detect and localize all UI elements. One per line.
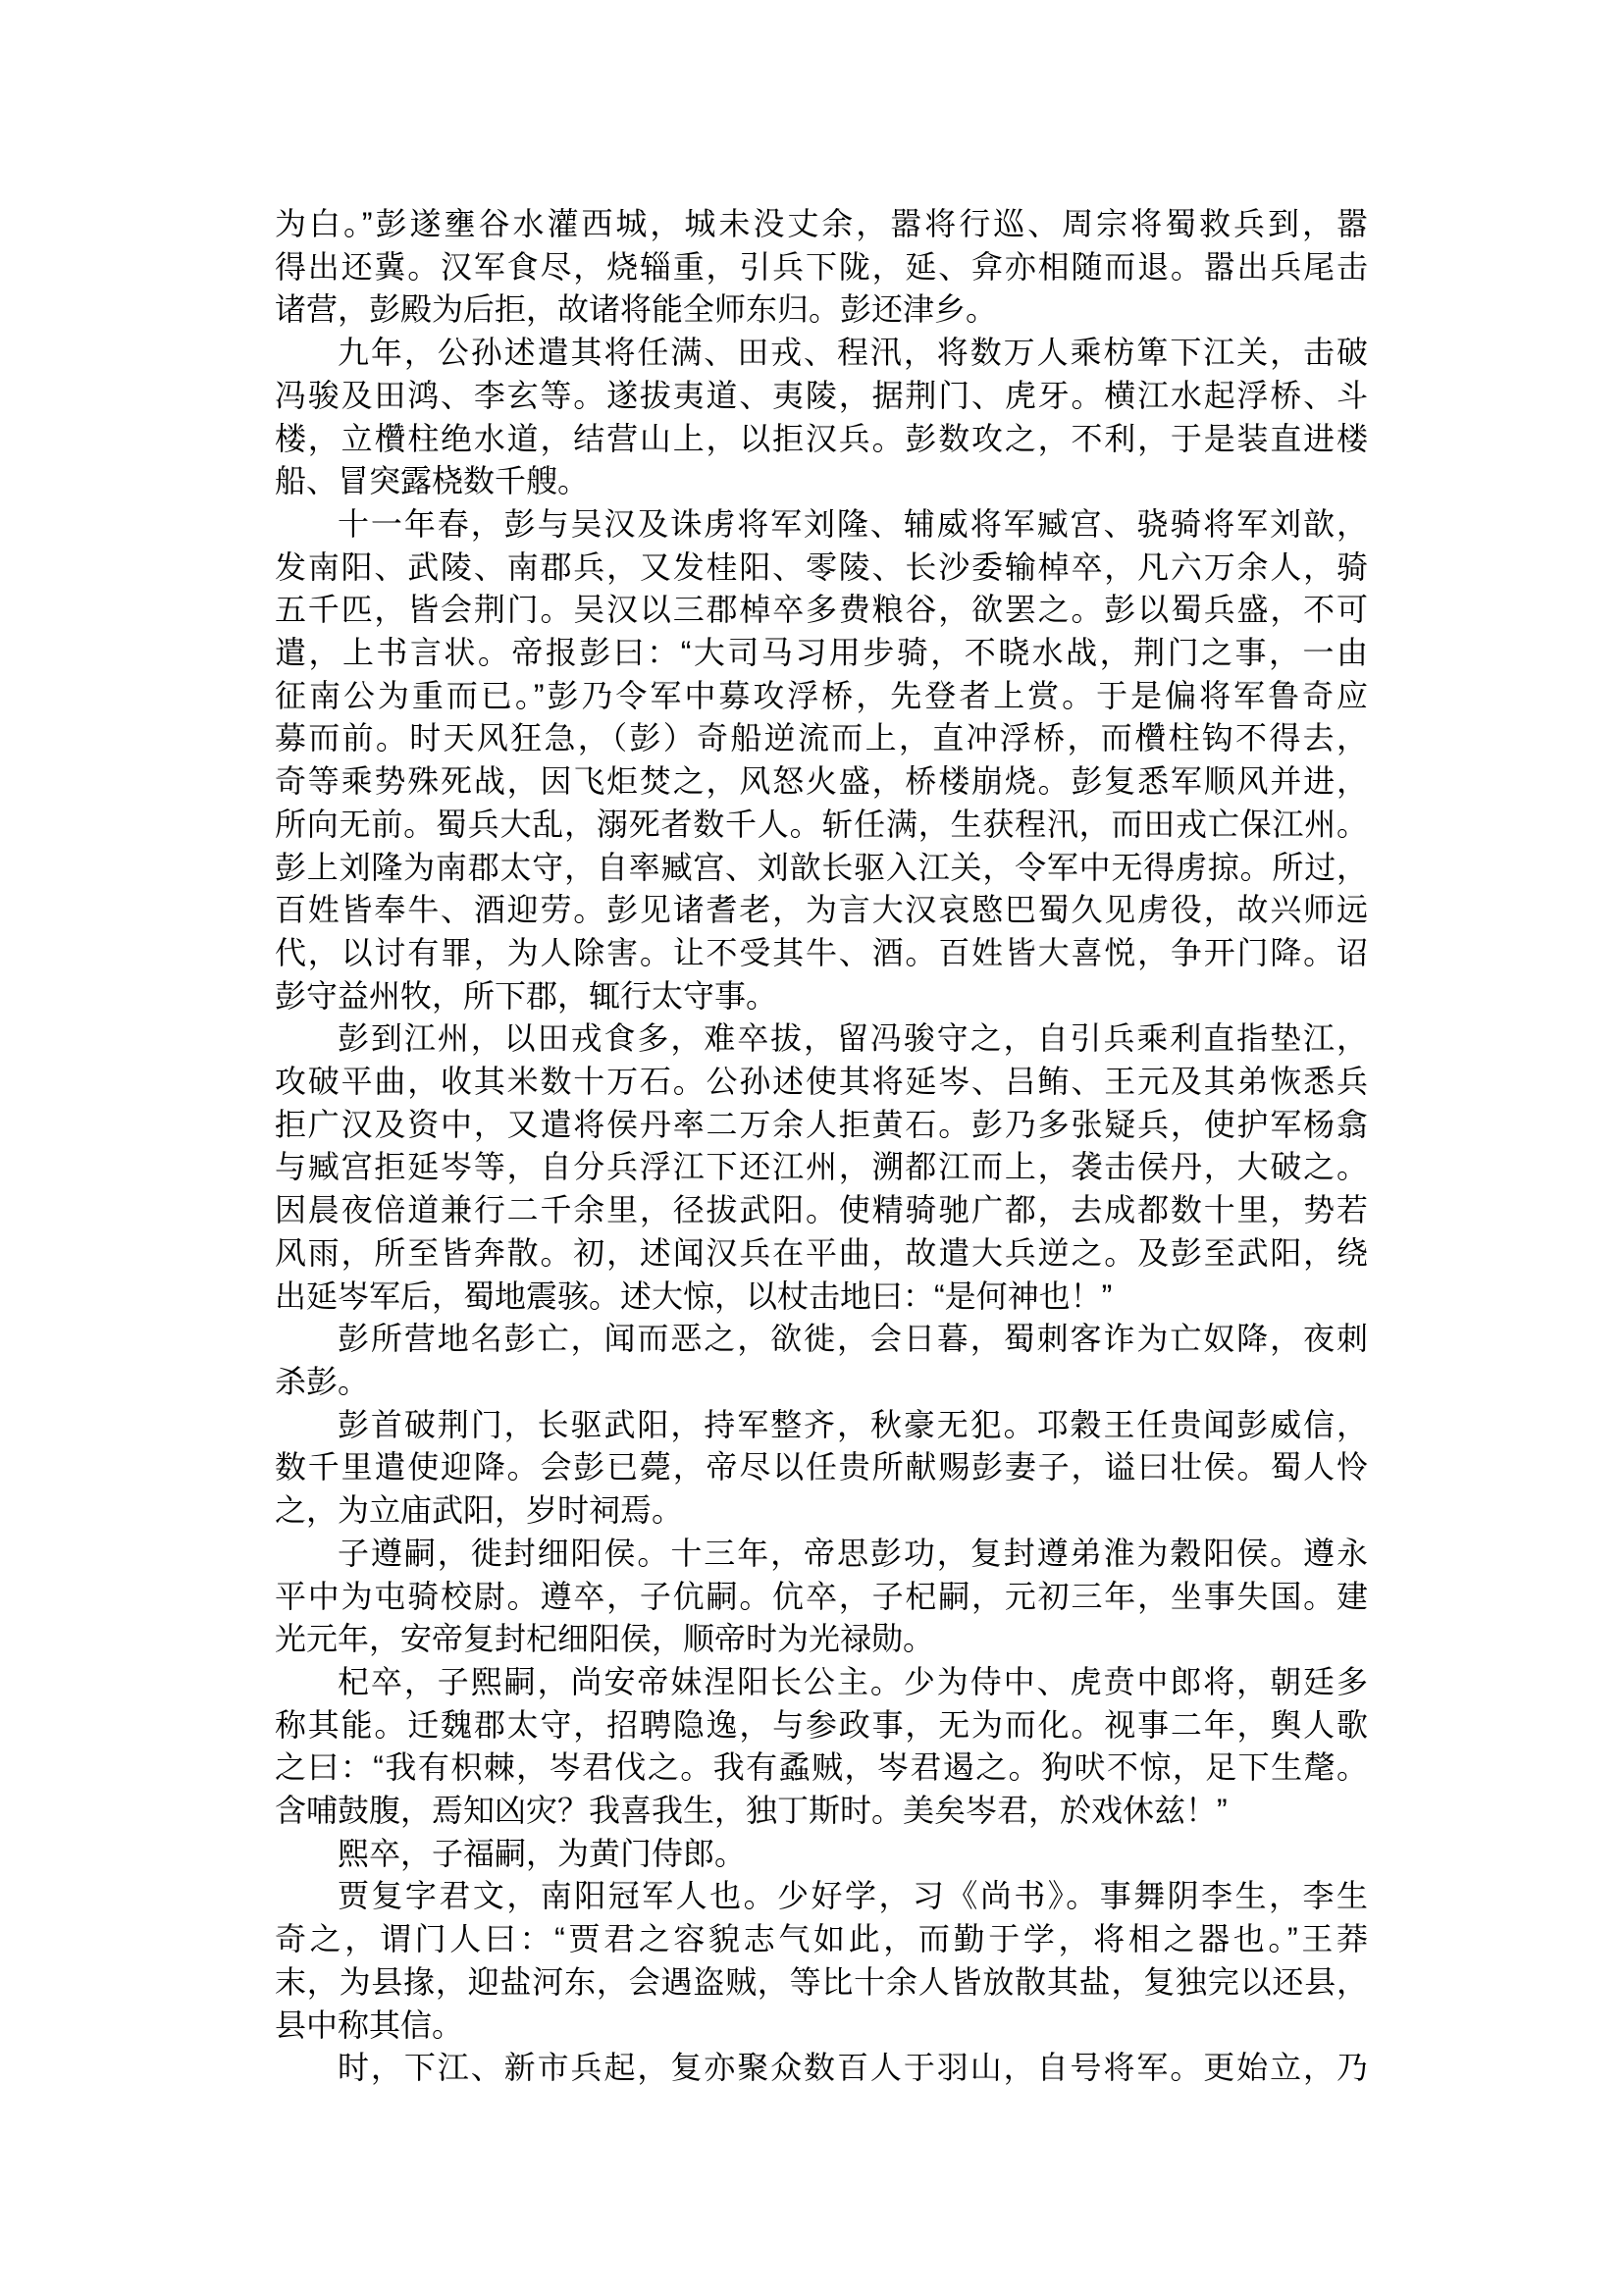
text-line: 募而前。时天风狂急，（彭）奇船逆流而上，直冲浮桥，而欑柱钩不得去，: [275, 717, 1368, 760]
text-line: 之曰：“我有枳棘，岑君伐之。我有蟊贼，岑君遏之。狗吠不惊，足下生氂。: [275, 1747, 1368, 1790]
text-line: 彭首破荆门，长驱武阳，持军整齐，秋豪无犯。邛穀王任贵闻彭威信，: [275, 1404, 1368, 1447]
text-line: 代，以讨有罪，为人除害。让不受其牛、酒。百姓皆大喜悦，争开门降。诏: [275, 932, 1368, 975]
text-line: 称其能。迁魏郡太守，招聘隐逸，与参政事，无为而化。视事二年，舆人歌: [275, 1704, 1368, 1747]
text-block: 为白。”彭遂壅谷水灌西城，城未没丈余，嚣将行巡、周宗将蜀救兵到，嚣得出还冀。汉军…: [275, 203, 1368, 2090]
text-line: 九年，公孙述遣其将任满、田戎、程汛，将数万人乘枋箄下江关，击破: [275, 332, 1368, 375]
text-line: 冯骏及田鸿、李玄等。遂拔夷道、夷陵，据荆门、虎牙。横江水起浮桥、斗: [275, 375, 1368, 418]
text-line: 之，为立庙武阳，岁时祠焉。: [275, 1489, 1368, 1533]
text-line: 末，为县掾，迎盐河东，会遇盗贼，等比十余人皆放散其盐，复独完以还县，: [275, 1961, 1368, 2005]
text-line: 发南阳、武陵、南郡兵，又发桂阳、零陵、长沙委输棹卒，凡六万余人，骑: [275, 547, 1368, 590]
text-line: 数千里遣使迎降。会彭已薨，帝尽以任贵所献赐彭妻子，谥曰壮侯。蜀人怜: [275, 1446, 1368, 1489]
text-line: 出延岑军后，蜀地震骇。述大惊，以杖击地曰：“是何神也！”: [275, 1276, 1368, 1319]
text-line: 征南公为重而已。”彭乃令军中募攻浮桥，先登者上赏。于是偏将军鲁奇应: [275, 675, 1368, 718]
text-line: 彭守益州牧，所下郡，辄行太守事。: [275, 975, 1368, 1018]
text-line: 五千匹，皆会荆门。吴汉以三郡棹卒多费粮谷，欲罢之。彭以蜀兵盛，不可: [275, 589, 1368, 632]
text-line: 彭所营地名彭亡，闻而恶之，欲徙，会日暮，蜀刺客诈为亡奴降，夜刺: [275, 1318, 1368, 1361]
text-line: 所向无前。蜀兵大乱，溺死者数千人。斩任满，生获程汛，而田戎亡保江州。: [275, 804, 1368, 847]
text-line: 奇等乘势殊死战，因飞炬焚之，风怒火盛，桥楼崩烧。彭复悉军顺风并进，: [275, 760, 1368, 804]
text-line: 贾复字君文，南阳冠军人也。少好学，习《尚书》。事舞阴李生，李生: [275, 1875, 1368, 1918]
text-line: 遣，上书言状。帝报彭曰：“大司马习用步骑，不晓水战，荆门之事，一由: [275, 632, 1368, 675]
text-line: 光元年，安帝复封杞细阳侯，顺帝时为光禄勋。: [275, 1618, 1368, 1661]
text-line: 彭上刘隆为南郡太守，自率臧宫、刘歆长驱入江关，令军中无得虏掠。所过，: [275, 847, 1368, 890]
text-line: 楼，立欑柱绝水道，结营山上，以拒汉兵。彭数攻之，不利，于是装直进楼: [275, 418, 1368, 461]
text-line: 彭到江州，以田戎食多，难卒拔，留冯骏守之，自引兵乘利直指垫江，: [275, 1017, 1368, 1061]
text-line: 奇之，谓门人曰：“贾君之容貌志气如此，而勤于学，将相之器也。”王莽: [275, 1918, 1368, 1961]
text-line: 船、冒突露桡数千艘。: [275, 460, 1368, 503]
text-line: 含哺鼓腹，焉知凶灾？我喜我生，独丁斯时。美矣岑君，於戏休兹！”: [275, 1790, 1368, 1833]
text-line: 得出还冀。汉军食尽，烧辎重，引兵下陇，延、弇亦相随而退。嚣出兵尾击: [275, 246, 1368, 289]
text-line: 为白。”彭遂壅谷水灌西城，城未没丈余，嚣将行巡、周宗将蜀救兵到，嚣: [275, 203, 1368, 246]
text-line: 熙卒，子福嗣，为黄门侍郎。: [275, 1833, 1368, 1876]
text-line: 拒广汉及资中，又遣将侯丹率二万余人拒黄石。彭乃多张疑兵，使护军杨翕: [275, 1104, 1368, 1147]
text-line: 杞卒，子熙嗣，尚安帝妹涅阳长公主。少为侍中、虎贲中郎将，朝廷多: [275, 1661, 1368, 1704]
text-line: 十一年春，彭与吴汉及诛虏将军刘隆、辅威将军臧宫、骁骑将军刘歆，: [275, 503, 1368, 547]
text-line: 因晨夜倍道兼行二千余里，径拔武阳。使精骑驰广都，去成都数十里，势若: [275, 1189, 1368, 1232]
text-line: 平中为屯骑校尉。遵卒，子伉嗣。伉卒，子杞嗣，元初三年，坐事失国。建: [275, 1576, 1368, 1619]
text-line: 县中称其信。: [275, 2005, 1368, 2048]
text-line: 时，下江、新市兵起，复亦聚众数百人于羽山，自号将军。更始立，乃: [275, 2047, 1368, 2090]
document-page: 为白。”彭遂壅谷水灌西城，城未没丈余，嚣将行巡、周宗将蜀救兵到，嚣得出还冀。汉军…: [0, 0, 1624, 2294]
text-line: 与臧宫拒延岑等，自分兵浮江下还江州，溯都江而上，袭击侯丹，大破之。: [275, 1146, 1368, 1189]
text-line: 百姓皆奉牛、酒迎劳。彭见诸耆老，为言大汉哀愍巴蜀久见虏役，故兴师远: [275, 889, 1368, 932]
text-line: 风雨，所至皆奔散。初，述闻汉兵在平曲，故遣大兵逆之。及彭至武阳，绕: [275, 1232, 1368, 1276]
text-line: 诸营，彭殿为后拒，故诸将能全师东归。彭还津乡。: [275, 288, 1368, 332]
text-line: 杀彭。: [275, 1361, 1368, 1404]
text-line: 攻破平曲，收其米数十万石。公孙述使其将延岑、吕鲔、王元及其弟恢悉兵: [275, 1061, 1368, 1104]
text-line: 子遵嗣，徙封细阳侯。十三年，帝思彭功，复封遵弟淮为穀阳侯。遵永: [275, 1533, 1368, 1576]
